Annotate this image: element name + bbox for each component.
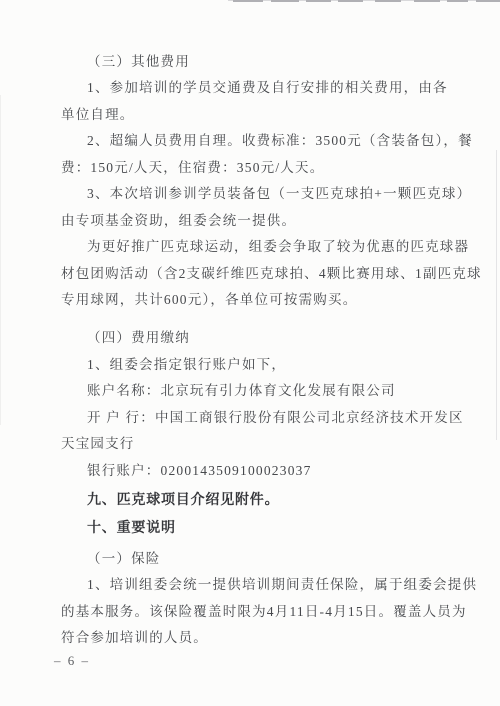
text-line: 1、组委会指定银行账户如下， <box>61 352 473 378</box>
text-line: 的基本服务。该保险覆盖时限为4月11日-4月15日。覆盖人员为 <box>61 599 473 625</box>
scan-artifact-dash <box>233 0 263 2</box>
scan-artifact-dash <box>447 0 468 2</box>
text-line: 符合参加培训的人员。 <box>61 625 473 651</box>
scan-artifact-dash <box>306 0 331 2</box>
text-line: 为更好推广匹克球运动，组委会争取了较为优惠的匹克球器 <box>61 234 473 260</box>
heading-line: 十、重要说明 <box>61 515 473 541</box>
scan-artifact-dash <box>271 0 299 2</box>
scan-artifact-left-edge <box>0 95 1 425</box>
document-body: （三）其他费用1、参加培训的学员交通费及自行安排的相关费用，由各单位自理。2、超… <box>61 49 473 652</box>
text-line: 3、本次培训参训学员装备包（一支匹克球拍+一颗匹克球） <box>61 181 473 207</box>
text-line: 由专项基金资助，组委会统一提供。 <box>61 208 473 234</box>
text-line: 材包团购活动（含2支碳纤维匹克球拍、4颗比赛用球、1副匹克球 <box>61 261 473 287</box>
text-line: （三）其他费用 <box>61 49 473 75</box>
text-line: （四）费用缴纳 <box>61 325 473 351</box>
text-line: 费：150元/人天，住宿费：350元/人天。 <box>61 155 473 181</box>
text-line: 银行账户：0200143509100023037 <box>61 458 473 484</box>
text-line: 账户名称：北京玩有引力体育文化发展有限公司 <box>61 378 473 404</box>
text-line: 开 户 行：中国工商银行股份有限公司北京经济技术开发区 <box>61 405 473 431</box>
heading-line: 九、匹克球项目介绍见附件。 <box>61 487 473 513</box>
scan-artifact-right-edge <box>496 150 497 440</box>
scanned-document-page: { "document": { "lines": [ { "text": "（三… <box>0 0 500 706</box>
text-line: 专用球网，共计600元），各单位可按需购买。 <box>61 287 473 313</box>
page-number: – 6 – <box>54 651 90 671</box>
text-line: 2、超编人员费用自理。收费标准：3500元（含装备包），餐 <box>61 128 473 154</box>
scan-artifact-dash <box>414 0 440 2</box>
scan-artifact-dash <box>338 0 363 2</box>
scan-artifact-dash <box>476 0 500 2</box>
text-line: 单位自理。 <box>61 102 473 128</box>
text-line: 1、参加培训的学员交通费及自行安排的相关费用，由各 <box>61 75 473 101</box>
text-line: 1、培训组委会统一提供培训期间责任保险，属于组委会提供 <box>61 572 473 598</box>
text-line: （一）保险 <box>61 546 473 572</box>
text-line: 天宝园支行 <box>61 431 473 457</box>
scan-artifact-dash <box>375 0 401 2</box>
